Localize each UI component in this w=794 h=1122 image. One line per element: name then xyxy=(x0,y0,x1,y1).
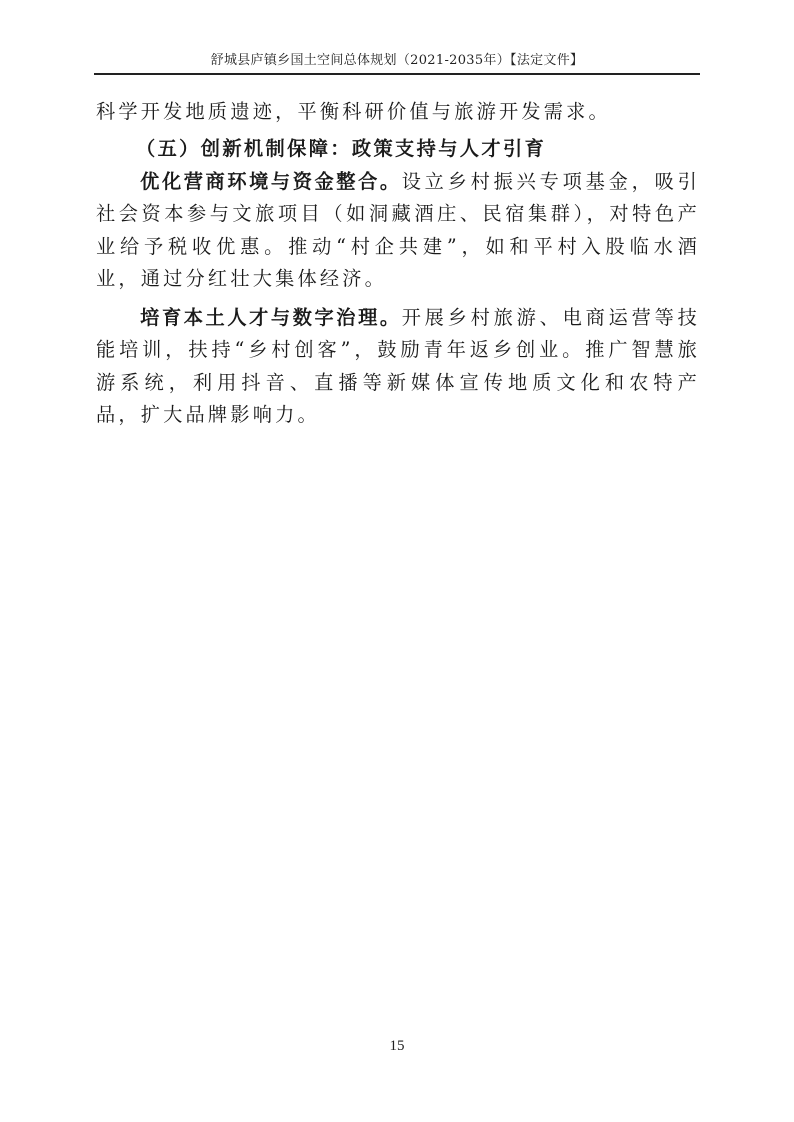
page-number: 15 xyxy=(0,1038,794,1055)
paragraph-lead: 优化营商环境与资金整合。 xyxy=(140,170,402,193)
continued-paragraph: 科学开发地质遗迹，平衡科研价值与旅游开发需求。 xyxy=(96,96,700,129)
header-divider xyxy=(94,73,700,75)
page-header-title: 舒城县庐镇乡国土空间总体规划（2021-2035年）【法定文件】 xyxy=(94,52,700,74)
paragraph-talent-digital: 培育本土人才与数字治理。开展乡村旅游、电商运营等技能培训，扶持“乡村创客”，鼓励… xyxy=(96,302,700,432)
paragraph-business-environment: 优化营商环境与资金整合。设立乡村振兴专项基金，吸引社会资本参与文旅项目（如洞藏酒… xyxy=(96,166,700,296)
paragraph-lead: 培育本土人才与数字治理。 xyxy=(140,306,402,329)
section-heading: （五）创新机制保障：政策支持与人才引育 xyxy=(96,131,700,166)
document-body: 科学开发地质遗迹，平衡科研价值与旅游开发需求。 （五）创新机制保障：政策支持与人… xyxy=(96,96,700,432)
